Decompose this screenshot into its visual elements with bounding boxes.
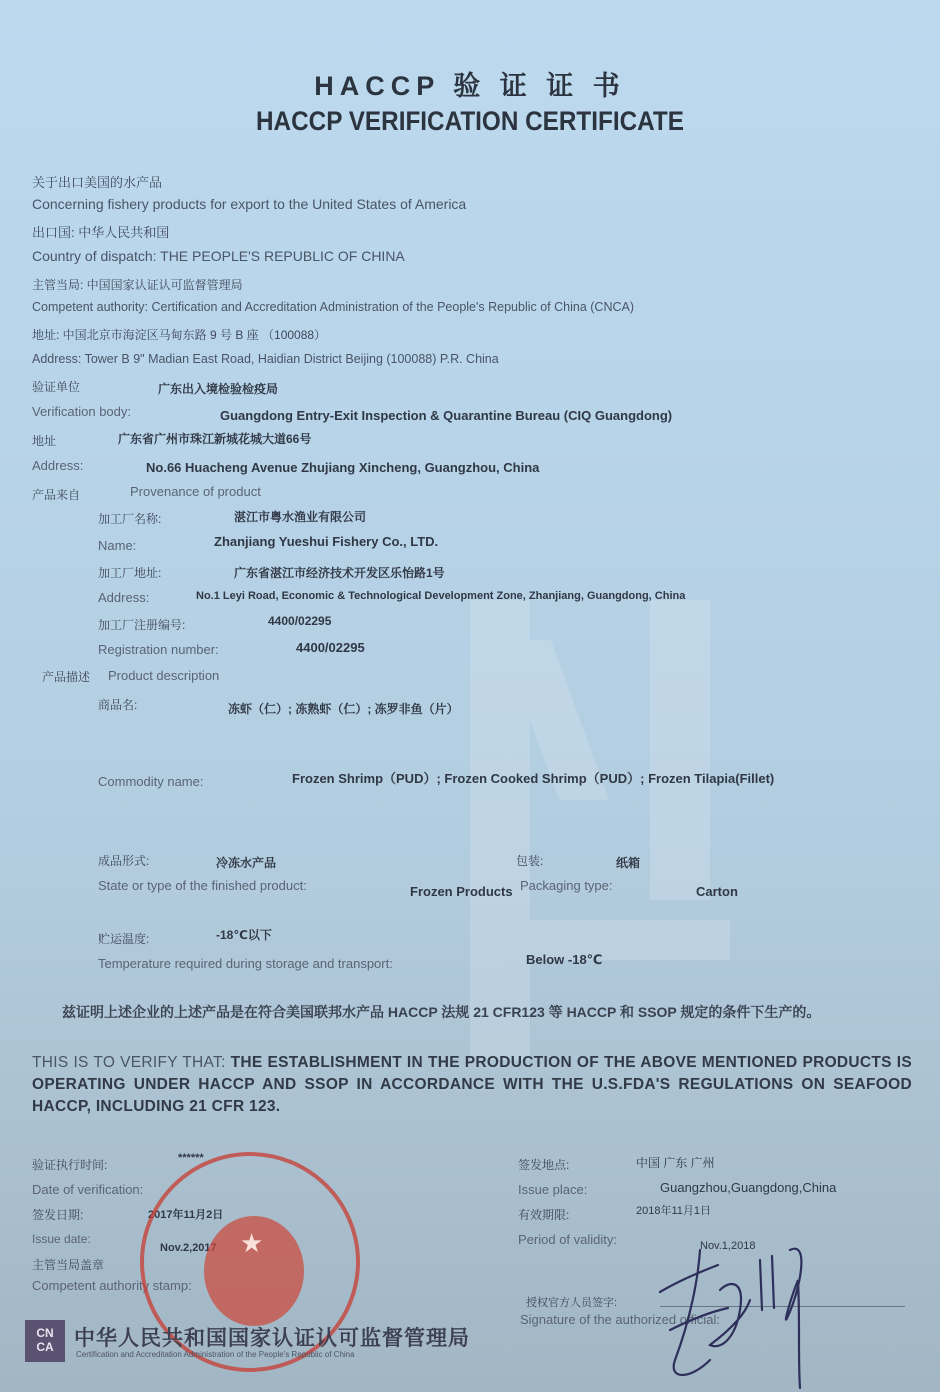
factory-name-value-cn: 湛江市粤水渔业有限公司 — [234, 508, 366, 525]
issue-place-value-en: Guangzhou,Guangdong,China — [660, 1180, 836, 1195]
packaging-label-en: Packaging type: — [520, 878, 613, 893]
verif-date-label-cn: 验证执行时间: — [32, 1156, 107, 1173]
signature-label-cn: 授权官方人员签字: — [526, 1294, 617, 1310]
factory-address-value-en: No.1 Leyi Road, Economic & Technological… — [196, 590, 685, 602]
temp-value-cn: -18℃以下 — [216, 926, 272, 943]
cnca-logo: CN CA — [25, 1320, 65, 1362]
verif-body-label-cn: 验证单位 — [32, 378, 80, 395]
commodity-label-en: Commodity name: — [98, 774, 203, 789]
factory-name-label-cn: 加工厂名称: — [98, 510, 161, 527]
competent-stamp-label-cn: 主管当局盖章 — [32, 1256, 104, 1273]
concerning-cn: 关于出口美国的水产品 — [32, 172, 162, 191]
factory-name-label-en: Name: — [98, 538, 136, 553]
verif-date-value: ****** — [178, 1152, 204, 1164]
authority-cn: 主管当局: 中国国家认证认可监督管理局 — [32, 276, 243, 293]
product-desc-label-en: Product description — [108, 668, 219, 683]
registration-label-en: Registration number: — [98, 642, 219, 657]
verif-address-label-cn: 地址 — [32, 432, 56, 449]
verif-address-label-en: Address: — [32, 458, 83, 473]
state-label-cn: 成品形式: — [98, 852, 149, 869]
verif-date-label-en: Date of verification: — [32, 1182, 143, 1197]
issue-place-label-cn: 签发地点: — [518, 1156, 569, 1173]
authority-address-en: Address: Tower B 9" Madian East Road, Ha… — [32, 352, 499, 366]
verif-body-value-cn: 广东出入境检验检疫局 — [158, 380, 278, 397]
verif-address-value-en: No.66 Huacheng Avenue Zhujiang Xincheng,… — [146, 460, 539, 475]
factory-name-value-en: Zhanjiang Yueshui Fishery Co., LTD. — [214, 534, 438, 549]
validity-label-en: Period of validity: — [518, 1232, 617, 1247]
verif-address-value-cn: 广东省广州市珠江新城花城大道66号 — [118, 430, 311, 447]
product-desc-label-cn: 产品描述 — [42, 668, 90, 685]
issue-date-label-cn: 签发日期: — [32, 1206, 83, 1223]
temp-label-cn: 贮运温度: — [98, 930, 149, 947]
validity-label-cn: 有效期限: — [518, 1206, 569, 1223]
state-label-en: State or type of the finished product: — [98, 878, 307, 893]
logo-line-2: CA — [25, 1340, 65, 1354]
title-english: HACCP VERIFICATION CERTIFICATE — [47, 106, 893, 137]
authority-address-cn: 地址: 中国北京市海淀区马甸东路 9 号 B 座 （100088） — [32, 326, 326, 343]
temp-value-en: Below -18℃ — [526, 952, 602, 968]
provenance-label-en: Provenance of product — [130, 484, 261, 499]
dispatch-en: Country of dispatch: THE PEOPLE'S REPUBL… — [32, 248, 405, 264]
factory-address-label-en: Address: — [98, 590, 149, 605]
statement-cn: 兹证明上述企业的上述产品是在符合美国联邦水产品 HACCP 法规 21 CFR1… — [32, 1000, 912, 1024]
packaging-value-en: Carton — [696, 884, 738, 899]
commodity-label-cn: 商品名: — [98, 696, 137, 713]
temp-label-en: Temperature required during storage and … — [98, 956, 393, 971]
registration-label-cn: 加工厂注册编号: — [98, 616, 185, 633]
issue-date-label-en: Issue date: — [32, 1232, 91, 1246]
statement-lead: THIS IS TO VERIFY THAT: — [32, 1054, 231, 1071]
footer-org-en: Certification and Accreditation Administ… — [76, 1350, 355, 1359]
signature-icon — [650, 1220, 850, 1390]
concerning-en: Concerning fishery products for export t… — [32, 196, 466, 212]
factory-address-label-cn: 加工厂地址: — [98, 564, 161, 581]
dispatch-cn: 出口国: 中华人民共和国 — [32, 222, 169, 241]
commodity-value-cn: 冻虾（仁）; 冻熟虾（仁）; 冻罗非鱼（片） — [228, 700, 459, 717]
authority-en: Competent authority: Certification and A… — [32, 300, 634, 314]
packaging-value-cn: 纸箱 — [616, 854, 640, 871]
state-value-en: Frozen Products — [410, 884, 513, 899]
validity-value-cn: 2018年11月1日 — [636, 1202, 711, 1218]
provenance-label-cn: 产品来自 — [32, 486, 80, 503]
seal-star-icon: ★ — [240, 1228, 263, 1259]
issue-place-value-cn: 中国 广东 广州 — [636, 1154, 715, 1171]
registration-value-cn: 4400/02295 — [268, 614, 331, 628]
footer-org-cn: 中华人民共和国国家认证认可监督管理局 — [74, 1322, 470, 1352]
state-value-cn: 冷冻水产品 — [216, 854, 276, 871]
logo-line-1: CN — [25, 1326, 65, 1340]
statement-en: THIS IS TO VERIFY THAT: THE ESTABLISHMEN… — [32, 1052, 912, 1118]
registration-value-en: 4400/02295 — [296, 640, 365, 655]
issue-place-label-en: Issue place: — [518, 1182, 587, 1197]
verif-body-value-en: Guangdong Entry-Exit Inspection & Quaran… — [220, 408, 672, 423]
cnca-watermark — [470, 600, 730, 1060]
title-chinese: HACCP 验 证 证 书 — [0, 64, 940, 103]
verif-body-label-en: Verification body: — [32, 404, 131, 419]
factory-address-value-cn: 广东省湛江市经济技术开发区乐怡路1号 — [234, 564, 445, 581]
commodity-value-en: Frozen Shrimp（PUD）; Frozen Cooked Shrimp… — [292, 768, 774, 787]
packaging-label-cn: 包装: — [516, 852, 543, 869]
